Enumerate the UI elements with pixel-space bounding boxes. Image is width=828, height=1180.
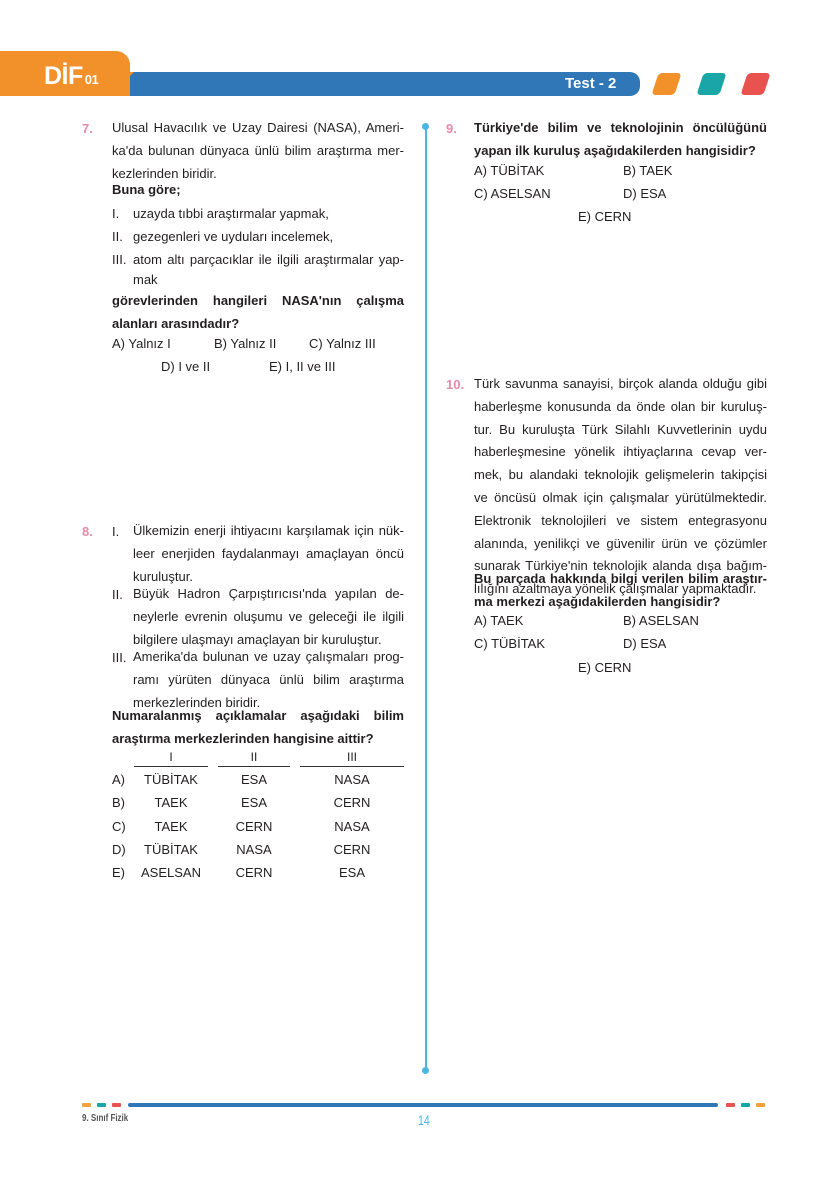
item-number: I. xyxy=(112,206,119,221)
table-cell: ESA xyxy=(300,865,404,880)
red-shape-icon xyxy=(740,73,770,95)
stem-line: ve öncüsü olmak için çalışmalar yürütülm… xyxy=(474,487,767,510)
question-number: 9. xyxy=(446,121,457,136)
option-d[interactable]: D) ESA xyxy=(623,186,666,201)
item-text-cont: mak xyxy=(133,272,158,287)
footer-dash-teal xyxy=(97,1103,106,1107)
stem-line: alanında, yenilikçi ve güvenilir ürün ve… xyxy=(474,533,767,556)
footer-dash-orange xyxy=(756,1103,765,1107)
divider-bottom-dot xyxy=(422,1067,429,1074)
table-cell: ASELSAN xyxy=(134,865,208,880)
option-c[interactable]: C) ASELSAN xyxy=(474,186,551,201)
stem-line: Elektronik teknolojileri ve sistem enteg… xyxy=(474,510,767,533)
row-label: A) xyxy=(112,772,125,787)
option-d[interactable]: D) ESA xyxy=(623,636,666,651)
table-cell: ESA xyxy=(218,772,290,787)
item-text: atom altı parçacıklar ile ilgili araştır… xyxy=(133,252,404,267)
item-text: uzayda tıbbi araştırmalar yapmak, xyxy=(133,206,329,221)
question-prompt: Numaralanmış açıklamalar aşağıdaki bilim… xyxy=(112,705,404,751)
column-header: I xyxy=(134,750,208,764)
option-d[interactable]: D) I ve II xyxy=(161,359,210,374)
table-cell: TAEK xyxy=(134,795,208,810)
logo: DİF01 xyxy=(44,62,98,91)
divider-top-dot xyxy=(422,123,429,130)
header-bar xyxy=(110,72,640,96)
option-a[interactable]: A) TÜBİTAK xyxy=(474,163,544,178)
item-number: III. xyxy=(112,650,126,665)
item-text: Büyük Hadron Çarpıştırıcısı'nda yapılan … xyxy=(133,583,404,651)
item-number: II. xyxy=(112,587,123,602)
option-a[interactable]: A) Yalnız I xyxy=(112,336,171,351)
footer-dash-orange xyxy=(82,1103,91,1107)
stem-line: mek, bu alandaki teknolojik gelişmelerin… xyxy=(474,464,767,487)
option-b[interactable]: B) ASELSAN xyxy=(623,613,699,628)
question-stem: Türk savunma sanayisi, birçok alanda old… xyxy=(474,373,767,601)
stem-line: haberleşmesine yönelik ihtiyaçlarına cev… xyxy=(474,441,767,464)
table-cell: NASA xyxy=(218,842,290,857)
question-prompt: görevlerinden hangileri NASA'nın çalışma… xyxy=(112,290,404,336)
page-number: 14 xyxy=(418,1112,430,1128)
column-header: III xyxy=(300,750,404,764)
teal-shape-icon xyxy=(696,73,726,95)
footer-rule xyxy=(128,1103,718,1107)
header-rule xyxy=(134,766,208,767)
question-stem: Ulusal Havacılık ve Uzay Dairesi (NASA),… xyxy=(112,117,404,185)
item-text: gezegenleri ve uyduları incelemek, xyxy=(133,229,333,244)
footer-dash-red xyxy=(726,1103,735,1107)
stem-line: tur. Bu kuruluşta Türk Silahlı Kuvvetler… xyxy=(474,419,767,442)
table-cell: ESA xyxy=(218,795,290,810)
question-number: 7. xyxy=(82,121,93,136)
table-cell: TÜBİTAK xyxy=(134,772,208,787)
stem-line: haberleşme konusunda da önde olan bir ku… xyxy=(474,396,767,419)
question-prompt: Türkiye'de bilim ve teknolojinin öncülüğ… xyxy=(474,117,767,163)
option-b[interactable]: B) Yalnız II xyxy=(214,336,276,351)
table-cell: CERN xyxy=(218,865,290,880)
option-b[interactable]: B) TAEK xyxy=(623,163,672,178)
test-label: Test - 2 xyxy=(565,75,616,92)
item-number: I. xyxy=(112,524,119,539)
option-e[interactable]: E) I, II ve III xyxy=(269,359,335,374)
option-a[interactable]: A) TAEK xyxy=(474,613,523,628)
table-cell: CERN xyxy=(300,842,404,857)
item-text: Ülkemizin enerji ihtiyacını karşılamak i… xyxy=(133,520,404,588)
question-lead: Buna göre; xyxy=(112,178,181,201)
table-cell: CERN xyxy=(218,819,290,834)
item-number: II. xyxy=(112,229,123,244)
option-c[interactable]: C) Yalnız III xyxy=(309,336,376,351)
question-number: 8. xyxy=(82,524,93,539)
header-rule xyxy=(218,766,290,767)
row-label: D) xyxy=(112,842,126,857)
option-e[interactable]: E) CERN xyxy=(578,209,631,224)
question-prompt: Bu parçada hakkında bilgi verilen bilim … xyxy=(474,568,767,614)
question-number: 10. xyxy=(446,377,464,392)
orange-shape-icon xyxy=(651,73,681,95)
footer-dash-teal xyxy=(741,1103,750,1107)
row-label: E) xyxy=(112,865,125,880)
table-cell: NASA xyxy=(300,772,404,787)
column-header: II xyxy=(218,750,290,764)
item-number: III. xyxy=(112,252,126,267)
table-cell: TAEK xyxy=(134,819,208,834)
table-cell: CERN xyxy=(300,795,404,810)
table-cell: TÜBİTAK xyxy=(134,842,208,857)
stem-line: Türk savunma sanayisi, birçok alanda old… xyxy=(474,373,767,396)
column-divider xyxy=(425,126,427,1071)
book-title: 9. Sınıf Fizik xyxy=(82,1113,128,1124)
row-label: B) xyxy=(112,795,125,810)
footer-dash-red xyxy=(112,1103,121,1107)
table-cell: NASA xyxy=(300,819,404,834)
option-c[interactable]: C) TÜBİTAK xyxy=(474,636,545,651)
option-e[interactable]: E) CERN xyxy=(578,660,631,675)
row-label: C) xyxy=(112,819,126,834)
header-rule xyxy=(300,766,404,767)
